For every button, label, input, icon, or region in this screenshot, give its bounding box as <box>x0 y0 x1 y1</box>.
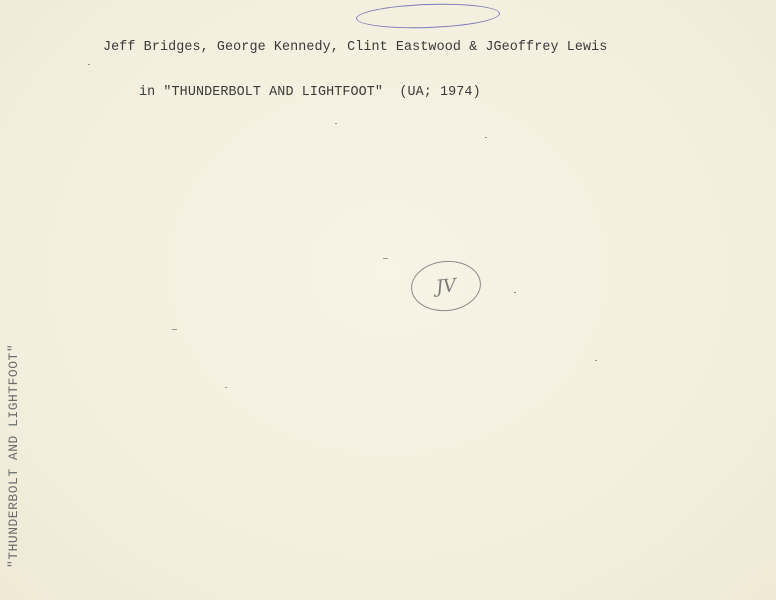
vertical-side-title: "THUNDERBOLT AND LIGHTFOOT" <box>6 344 21 568</box>
paper-speck <box>595 360 597 361</box>
paper-speck <box>514 292 516 293</box>
paper-speck <box>485 137 487 138</box>
paper-speck <box>335 123 337 124</box>
typed-caption: Jeff Bridges, George Kennedy, Clint East… <box>103 10 607 115</box>
paper-speck <box>383 258 388 259</box>
initials-text: JV <box>435 275 457 298</box>
paper-speck <box>88 64 90 65</box>
caption-line-cast: Jeff Bridges, George Kennedy, Clint East… <box>103 40 607 55</box>
paper-speck <box>172 329 177 330</box>
caption-line-title: in "THUNDERBOLT AND LIGHTFOOT" (UA; 1974… <box>103 85 607 100</box>
paper-speck <box>225 387 227 388</box>
